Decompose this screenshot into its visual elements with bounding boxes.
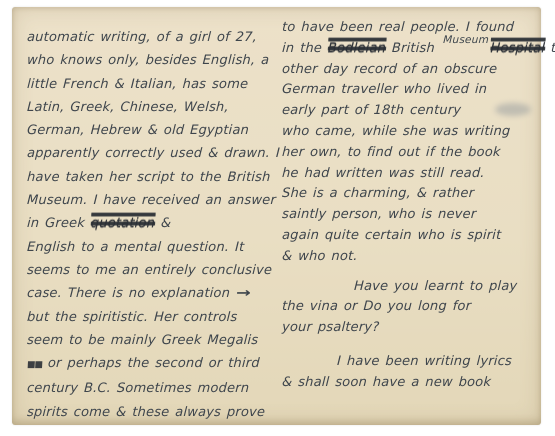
manuscript-line: in Greek quotation &: [26, 212, 267, 235]
manuscript-text-segment: apparently correctly used & drawn. I: [27, 146, 281, 161]
manuscript-text-segment: other day record of an obscure: [282, 62, 498, 77]
manuscript-text-segment: English to a mental question. It: [27, 240, 245, 255]
manuscript-line: Museum. I have received an answer: [26, 189, 267, 212]
manuscript-text-segment: the: [545, 41, 555, 56]
manuscript-text-segment: or perhaps the second or third: [42, 356, 260, 371]
manuscript-line: Latin, Greek, Chinese, Welsh,: [26, 96, 267, 119]
manuscript-text-segment: & who not.: [282, 249, 358, 264]
manuscript-text-segment: &: [155, 216, 172, 231]
manuscript-text-segment: Latin, Greek, Chinese, Welsh,: [27, 100, 230, 115]
manuscript-line: apparently correctly used & drawn. I: [26, 142, 267, 165]
manuscript-line: & shall soon have a new book: [281, 373, 538, 394]
manuscript-text-segment: automatic writing, of a girl of 27,: [27, 30, 258, 45]
manuscript-line: saintly person, who is never: [281, 205, 538, 226]
manuscript-line: again quite certain who is spirit: [281, 226, 538, 247]
manuscript-text-segment: have taken her script to the British: [27, 170, 271, 185]
manuscript-line: & who not.: [281, 247, 538, 268]
manuscript-line: seem to be mainly Greek Megalis: [26, 329, 267, 352]
manuscript-text-segment: Museum. I have received an answer: [27, 193, 277, 208]
manuscript-text-segment: German, Hebrew & old Egyptian: [27, 123, 250, 138]
manuscript-text-segment: again quite certain who is spirit: [282, 228, 502, 243]
manuscript-blot-segment: ■■: [27, 360, 43, 370]
manuscript-line: seems to me an entirely conclusive: [26, 259, 267, 282]
manuscript-line: English to a mental question. It: [26, 236, 267, 259]
manuscript-line: who knows only, besides English, a: [26, 49, 267, 72]
manuscript-line: spirits come & these always prove: [26, 401, 267, 424]
manuscript-text-segment: in Greek: [27, 216, 92, 231]
manuscript-text-segment: seem to be mainly Greek Megalis: [27, 333, 259, 348]
manuscript-text-segment: your psaltery?: [282, 320, 380, 335]
manuscript-line: I have been writing lyrics: [281, 352, 538, 373]
manuscript-line: Have you learnt to play: [281, 277, 538, 298]
manuscript-text-segment: seems to me an entirely conclusive: [27, 263, 273, 278]
manuscript-text-segment: century B.C. Sometimes modern: [27, 381, 250, 396]
manuscript-line: who came, while she was writing: [281, 122, 538, 143]
manuscript-text-segment: spirits come & these always prove: [27, 405, 266, 420]
manuscript-scribble-segment: Hospital: [490, 41, 545, 56]
manuscript-text-segment: case. There is no explanation: [27, 286, 237, 301]
manuscript-line: century B.C. Sometimes modern: [26, 377, 267, 400]
manuscript-line: your psaltery?: [281, 318, 538, 339]
manuscript-line: the vina or Do you long for: [281, 297, 538, 318]
manuscript-line: he had written was still read.: [281, 164, 538, 185]
manuscript-line: to have been real people. I found: [281, 18, 538, 39]
manuscript-line: other day record of an obscure: [281, 60, 538, 81]
manuscript-text-segment: who knows only, besides English, a: [27, 53, 270, 68]
manuscript-text-segment: British: [386, 41, 441, 56]
manuscript-text-segment: I have been writing lyrics: [337, 354, 513, 369]
manuscript-line: German traveller who lived in: [281, 80, 538, 101]
manuscript-insert-segment: Museum: [443, 30, 490, 51]
letter-paper: automatic writing, of a girl of 27,who k…: [12, 7, 541, 425]
manuscript-text-segment: Have you learnt to play: [354, 279, 518, 294]
manuscript-text-segment: her own, to find out if the book: [282, 145, 501, 160]
manuscript-line: automatic writing, of a girl of 27,: [26, 26, 267, 49]
manuscript-line: case. There is no explanation →: [26, 282, 267, 305]
manuscript-scribble-segment: quotation: [90, 216, 155, 231]
manuscript-text-segment: he had written was still read.: [282, 166, 485, 181]
manuscript-scribble-segment: Bodleian: [328, 41, 387, 56]
manuscript-text-segment: early part of 18th century: [282, 103, 462, 118]
manuscript-text-segment: but the spiritistic. Her controls: [27, 310, 238, 325]
manuscript-line: She is a charming, & rather: [281, 184, 538, 205]
manuscript-text-segment: saintly person, who is never: [282, 207, 477, 222]
manuscript-mark-segment: →: [235, 282, 251, 305]
left-page: automatic writing, of a girl of 27,who k…: [27, 26, 267, 424]
manuscript-line: ■■ or perhaps the second or third: [26, 352, 267, 377]
manuscript-text-segment: little French & Italian, has some: [27, 77, 249, 92]
manuscript-line: little French & Italian, has some: [26, 73, 267, 96]
manuscript-text-segment: German traveller who lived in: [282, 82, 488, 97]
manuscript-text-segment: in the: [282, 41, 329, 56]
manuscript-line: her own, to find out if the book: [281, 143, 538, 164]
manuscript-text-segment: & shall soon have a new book: [282, 375, 492, 390]
manuscript-text-segment: the vina or Do you long for: [282, 299, 472, 314]
manuscript-line: in the Bodleian British MuseumHospital t…: [281, 39, 538, 60]
manuscript-text-segment: who came, while she was writing: [282, 124, 511, 139]
right-page: to have been real people. I foundin the …: [282, 18, 538, 394]
manuscript-line: German, Hebrew & old Egyptian: [26, 119, 267, 142]
manuscript-line: have taken her script to the British: [26, 166, 267, 189]
manuscript-line: but the spiritistic. Her controls: [26, 306, 267, 329]
manuscript-text-segment: She is a charming, & rather: [282, 186, 475, 201]
pencil-smudge: [495, 103, 531, 116]
